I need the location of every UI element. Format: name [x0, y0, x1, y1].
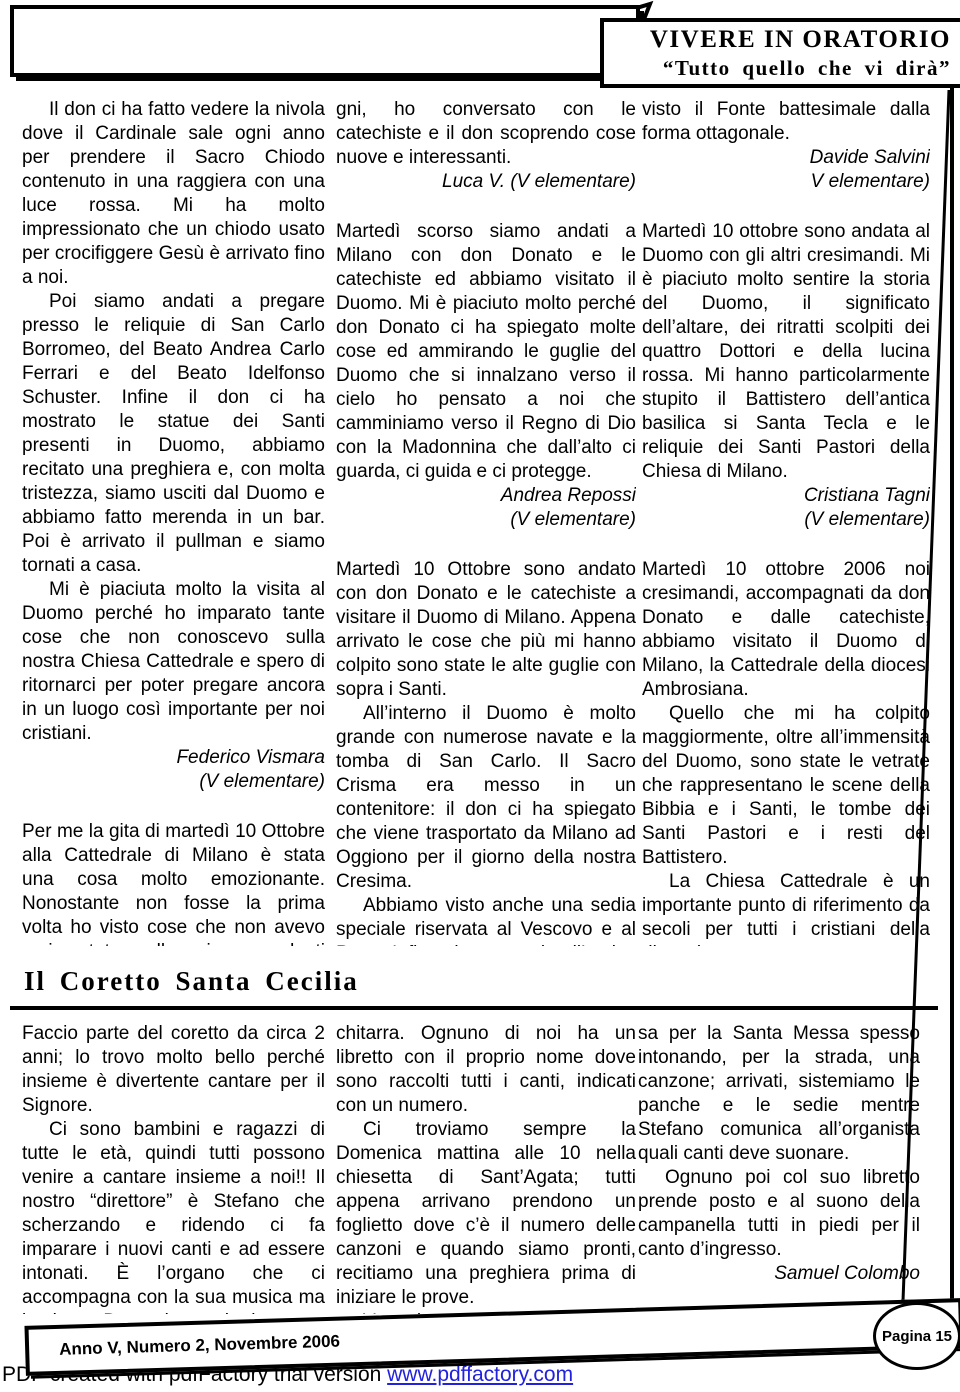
page-subtitle: “Tutto quello che vi dirà” [663, 55, 951, 81]
pdffactory-link[interactable]: www.pdffactory.com [387, 1363, 573, 1386]
paragraph: Mi è piaciuta molto la visita al Duomo p… [22, 578, 325, 746]
signature-line: (V elementare) [642, 508, 930, 532]
paragraph: Martedì 10 ottobre sono andata al Duomo … [642, 220, 930, 484]
section1-column-1: Il don ci ha fatto vedere la nivola dove… [22, 98, 325, 946]
paragraph: Il don ci ha fatto vedere la nivola dove… [22, 98, 325, 290]
header-title-box: VIVERE IN ORATORIO “Tutto quello che vi … [600, 18, 960, 88]
paragraph: Martedì 10 ottobre 2006 noi cresimandi, … [642, 558, 930, 702]
signature-line: Samuel Colombo [638, 1262, 920, 1286]
section2-divider-rule [10, 1006, 938, 1010]
page-title: VIVERE IN ORATORIO [650, 25, 951, 55]
section1-column-3: visto il Fonte battesimale dalla forma o… [642, 98, 930, 946]
page-number-badge: Pagina 15 [873, 1302, 960, 1370]
paragraph: chitarra. Ognuno di noi ha un libretto c… [336, 1022, 636, 1118]
paragraph: Poi siamo andati a pregare presso le rel… [22, 290, 325, 578]
signature-line: Davide Salvini [642, 146, 930, 170]
signature-line: Andrea Repossi [336, 484, 636, 508]
paragraph: gni, ho conversato con le catechiste e i… [336, 98, 636, 170]
paragraph: Per me la gita di martedì 10 Ottobre all… [22, 820, 325, 946]
paragraph: Ognuno poi col suo libretto prende posto… [638, 1166, 920, 1262]
paragraph: visto il Fonte battesimale dalla forma o… [642, 98, 930, 146]
paragraph: Ci sono bambini e ragazzi di tutte le et… [22, 1118, 325, 1314]
paragraph: Quello che mi ha colpito maggiormente, o… [642, 702, 930, 870]
signature-line: (V elementare) [336, 508, 636, 532]
paragraph: Martedì 10 Ottobre sono andato con don D… [336, 558, 636, 702]
section2-column-3: sa per la Santa Messa spesso intonando, … [638, 1022, 920, 1314]
signature-line: Federico Vismara [22, 746, 325, 770]
signature-line: (V elementare) [22, 770, 325, 794]
paragraph: Martedì scorso siamo andati a Milano con… [336, 220, 636, 484]
newsletter-page: VIVERE IN ORATORIO “Tutto quello che vi … [0, 0, 960, 1392]
paragraph: Abbiamo visto anche una sedia speciale r… [336, 894, 636, 946]
section1-column-2: gni, ho conversato con le catechiste e i… [336, 98, 636, 946]
section2-column-1: Faccio parte del coretto da circa 2 anni… [22, 1022, 325, 1314]
header-photo-box [10, 5, 640, 77]
signature-line: Cristiana Tagni [642, 484, 930, 508]
paragraph: sa per la Santa Messa spesso intonando, … [638, 1022, 920, 1166]
signature-line: Luca V. (V elementare) [336, 170, 636, 194]
section2-column-2: chitarra. Ognuno di noi ha un libretto c… [336, 1022, 636, 1314]
paragraph: Faccio parte del coretto da circa 2 anni… [22, 1022, 325, 1118]
signature-line: V elementare) [642, 170, 930, 194]
paragraph: Ci troviamo sempre la Domenica mattina a… [336, 1118, 636, 1310]
paragraph: All’interno il Duomo è molto grande con … [336, 702, 636, 894]
section2-title: Il Coretto Santa Cecilia [24, 966, 359, 997]
page-number-label: Pagina 15 [882, 1328, 952, 1345]
paragraph: La Chiesa Cattedrale è un importante pun… [642, 870, 930, 946]
issue-label: Anno V, Numero 2, Novembre 2006 [59, 1332, 340, 1360]
